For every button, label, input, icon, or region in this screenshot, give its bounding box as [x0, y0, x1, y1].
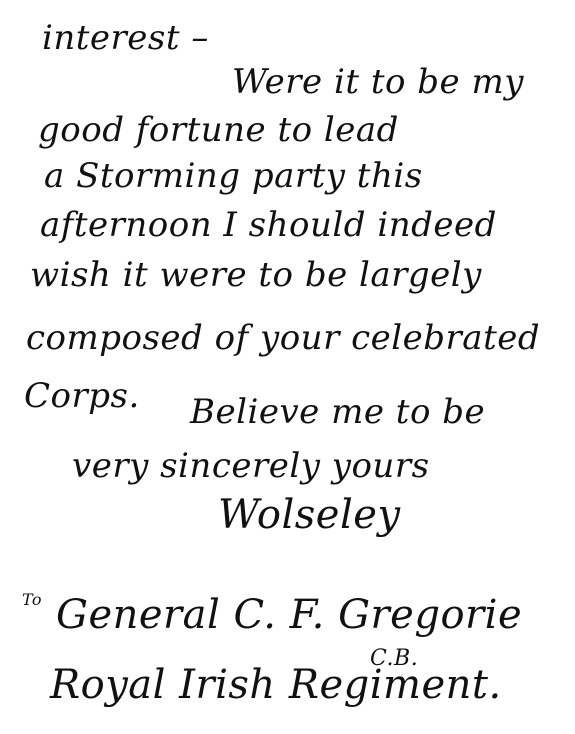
recipient-name: General C. F. Gregorie: [56, 592, 522, 638]
body-line-4: a Storming party this: [44, 156, 423, 196]
body-line-8: Corps.: [24, 376, 140, 416]
body-line-3: good fortune to lead: [38, 110, 399, 150]
body-line-7: composed of your celebrated: [26, 318, 540, 358]
letter-page: interest – Were it to be my good fortune…: [0, 0, 575, 734]
body-line-2: Were it to be my: [232, 62, 524, 102]
signature: Wolseley: [218, 492, 401, 538]
recipient-regiment: Royal Irish Regiment.: [50, 662, 502, 708]
closing-line-2: very sincerely yours: [72, 446, 430, 486]
body-line-6: wish it were to be largely: [30, 255, 482, 295]
body-line-5: afternoon I should indeed: [40, 205, 497, 245]
closing-line-1: Believe me to be: [190, 392, 485, 432]
body-line-1: interest –: [42, 18, 209, 58]
address-prefix: To: [22, 590, 42, 609]
